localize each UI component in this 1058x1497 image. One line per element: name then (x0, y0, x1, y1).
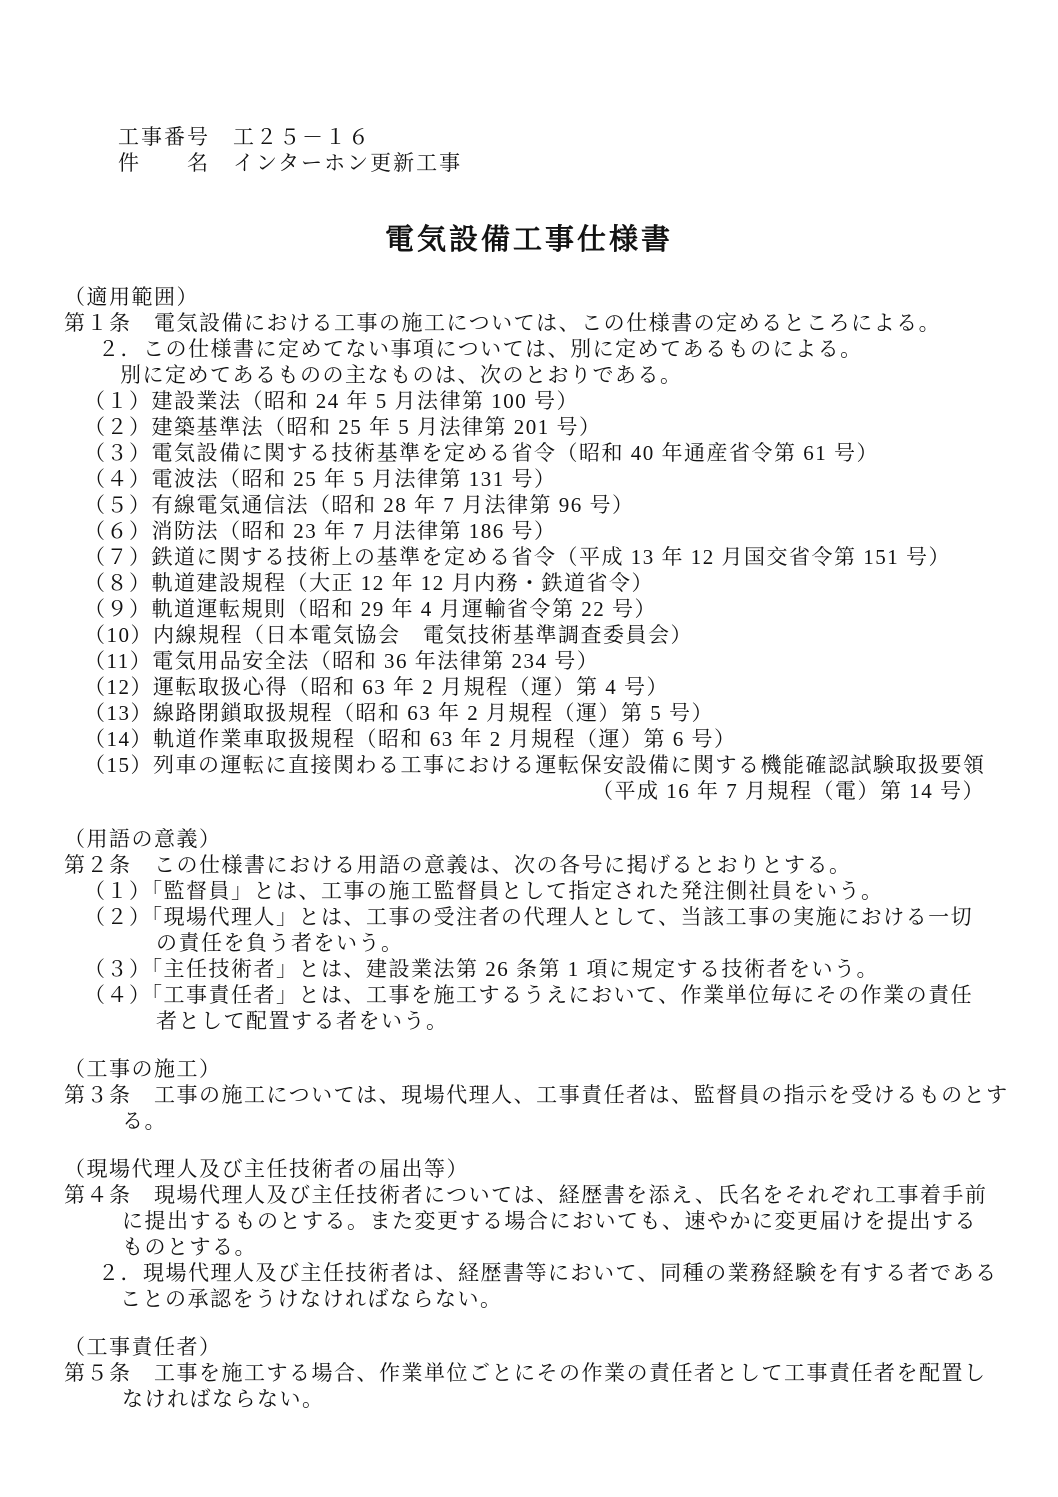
line-article: 第４条 現場代理人及び主任技術者については、経歴書を添え、氏名をそれぞれ工事着手… (64, 1182, 1058, 1208)
line-listcont: の責任を負う者をいう。 (64, 930, 1058, 956)
line-subcont: 別に定めてあるものの主なものは、次のとおりである。 (64, 362, 1058, 388)
line-list: （14）軌道作業車取扱規程（昭和 63 年 2 月規程（運）第 6 号） (64, 726, 1058, 752)
construction-number-line: 工事番号 工２５－１６ (118, 124, 1058, 150)
line-list: （３）電気設備に関する技術基準を定める省令（昭和 40 年通産省令第 61 号） (64, 440, 1058, 466)
line-article: 第３条 工事の施工については、現場代理人、工事責任者は、監督員の指示を受けるもの… (64, 1082, 1058, 1108)
document-body: （適用範囲）第１条 電気設備における工事の施工については、この仕様書の定めるとこ… (0, 284, 1058, 1412)
line-list: （３）「主任技術者」とは、建設業法第 26 条第 1 項に規定する技術者をいう。 (64, 956, 1058, 982)
line-list: （８）軌道建設規程（大正 12 年 12 月内務・鉄道省令） (64, 570, 1058, 596)
section-heading: （工事責任者） (64, 1334, 1058, 1360)
document-header: 工事番号 工２５－１６ 件 名 インターホン更新工事 (0, 124, 1058, 176)
line-article: 第２条 この仕様書における用語の意義は、次の各号に掲げるとおりとする。 (64, 852, 1058, 878)
line-list: （４）「工事責任者」とは、工事を施工するうえにおいて、作業単位毎にその作業の責任 (64, 982, 1058, 1008)
section-heading: （用語の意義） (64, 826, 1058, 852)
line-list: （４）電波法（昭和 25 年 5 月法律第 131 号） (64, 466, 1058, 492)
line-list: （１）建設業法（昭和 24 年 5 月法律第 100 号） (64, 388, 1058, 414)
line-artcont: なければならない。 (64, 1386, 1058, 1412)
document-section: （現場代理人及び主任技術者の届出等）第４条 現場代理人及び主任技術者については、… (64, 1156, 1058, 1312)
document-page: 工事番号 工２５－１６ 件 名 インターホン更新工事 電気設備工事仕様書 （適用… (0, 0, 1058, 1497)
document-section: （適用範囲）第１条 電気設備における工事の施工については、この仕様書の定めるとこ… (64, 284, 1058, 804)
line-list: （15）列車の運転に直接関わる工事における運転保安設備に関する機能確認試験取扱要… (64, 752, 1058, 778)
line-list: （７）鉄道に関する技術上の基準を定める省令（平成 13 年 12 月国交省令第 … (64, 544, 1058, 570)
line-list: （５）有線電気通信法（昭和 28 年 7 月法律第 96 号） (64, 492, 1058, 518)
line-sub: ２．現場代理人及び主任技術者は、経歴書等において、同種の業務経験を有する者である (64, 1260, 1058, 1286)
line-artcont: ものとする。 (64, 1234, 1058, 1260)
line-list: （11）電気用品安全法（昭和 36 年法律第 234 号） (64, 648, 1058, 674)
line-list: （12）運転取扱心得（昭和 63 年 2 月規程（運）第 4 号） (64, 674, 1058, 700)
document-section: （用語の意義）第２条 この仕様書における用語の意義は、次の各号に掲げるとおりとす… (64, 826, 1058, 1034)
line-article: 第５条 工事を施工する場合、作業単位ごとにその作業の責任者として工事責任者を配置… (64, 1360, 1058, 1386)
line-list: （２）建築基準法（昭和 25 年 5 月法律第 201 号） (64, 414, 1058, 440)
line-list: （13）線路閉鎖取扱規程（昭和 63 年 2 月規程（運）第 5 号） (64, 700, 1058, 726)
document-section: （工事責任者）第５条 工事を施工する場合、作業単位ごとにその作業の責任者として工… (64, 1334, 1058, 1412)
line-list: （２）「現場代理人」とは、工事の受注者の代理人として、当該工事の実施における一切 (64, 904, 1058, 930)
document-title: 電気設備工事仕様書 (0, 218, 1058, 262)
line-list: （10）内線規程（日本電気協会 電気技術基準調査委員会） (64, 622, 1058, 648)
section-heading: （工事の施工） (64, 1056, 1058, 1082)
line-subcont: ことの承認をうけなければならない。 (64, 1286, 1058, 1312)
line-artcont: に提出するものとする。また変更する場合においても、速やかに変更届けを提出する (64, 1208, 1058, 1234)
line-right: （平成 16 年 7 月規程（電）第 14 号） (64, 778, 1058, 804)
line-list: （９）軌道運転規則（昭和 29 年 4 月運輸省令第 22 号） (64, 596, 1058, 622)
line-list: （１）「監督員」とは、工事の施工監督員として指定された発注側社員をいう。 (64, 878, 1058, 904)
section-heading: （適用範囲） (64, 284, 1058, 310)
line-list: （６）消防法（昭和 23 年 7 月法律第 186 号） (64, 518, 1058, 544)
line-artcont: る。 (64, 1108, 1058, 1134)
line-article: 第１条 電気設備における工事の施工については、この仕様書の定めるところによる。 (64, 310, 1058, 336)
document-section: （工事の施工）第３条 工事の施工については、現場代理人、工事責任者は、監督員の指… (64, 1056, 1058, 1134)
line-listcont: 者として配置する者をいう。 (64, 1008, 1058, 1034)
section-heading: （現場代理人及び主任技術者の届出等） (64, 1156, 1058, 1182)
line-sub: ２．この仕様書に定めてない事項については、別に定めてあるものによる。 (64, 336, 1058, 362)
project-name-line: 件 名 インターホン更新工事 (118, 150, 1058, 176)
